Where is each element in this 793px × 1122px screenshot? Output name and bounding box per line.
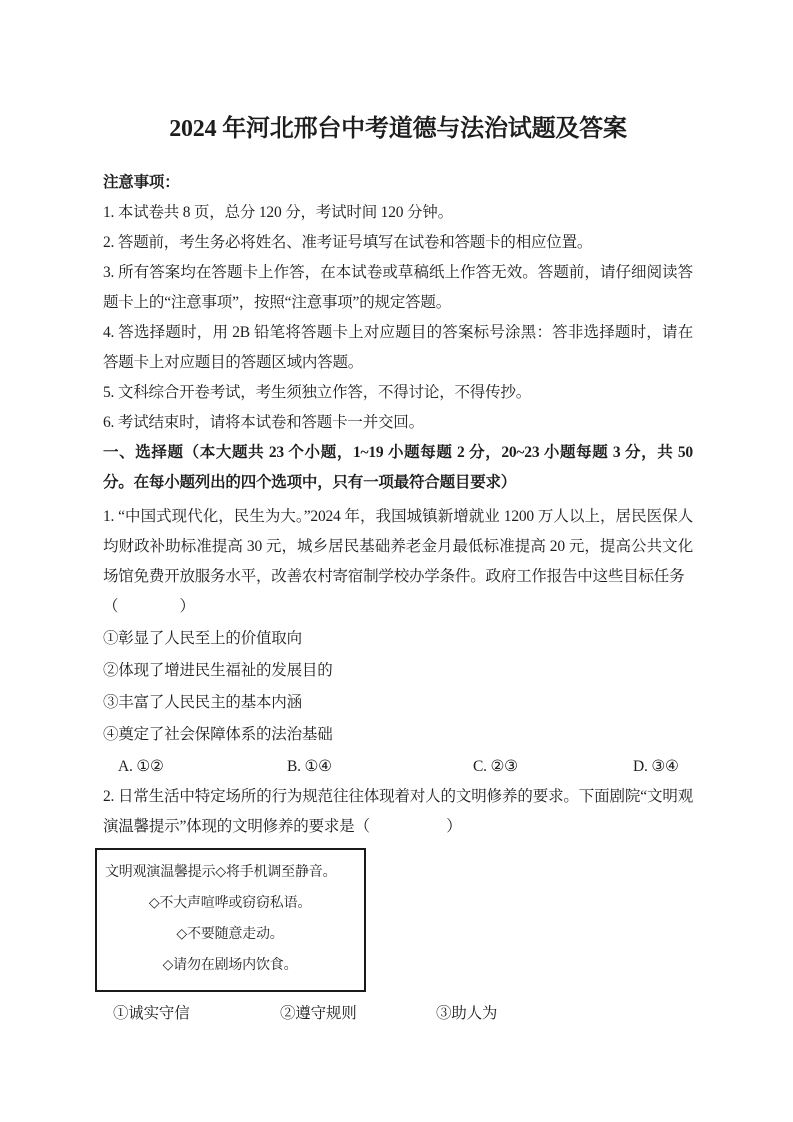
page-title: 2024 年河北邢台中考道德与法治试题及答案 xyxy=(103,112,693,146)
question-2-option-1: ①诚实守信 xyxy=(113,999,280,1029)
question-1-statement-2: ②体现了增进民生福祉的发展目的 xyxy=(103,656,693,686)
notice-item-5: 5. 文科综合开卷考试，考生须独立作答，不得讨论，不得传抄。 xyxy=(103,378,693,408)
question-1-statement-3: ③丰富了人民民主的基本内涵 xyxy=(103,688,693,718)
question-2-option-2: ②遵守规则 xyxy=(280,999,436,1029)
tip-line-3: ◇不要随意走动。 xyxy=(105,919,355,950)
tip-line-2: ◇不大声喧哗或窃窃私语。 xyxy=(105,888,355,919)
question-1-answer-blank: （ ） xyxy=(103,592,693,622)
question-1-choice-b: B. ①④ xyxy=(287,752,473,782)
question-2-option-3: ③助人为 xyxy=(436,999,497,1029)
exam-paper-page: 2024 年河北邢台中考道德与法治试题及答案 注意事项： 1. 本试卷共 8 页… xyxy=(0,0,693,1029)
tip-line-1: 文明观演温馨提示◇将手机调至静音。 xyxy=(105,857,355,888)
notice-item-6: 6. 考试结束时，请将本试卷和答题卡一并交回。 xyxy=(103,408,693,438)
notice-item-1: 1. 本试卷共 8 页，总分 120 分，考试时间 120 分钟。 xyxy=(103,198,693,228)
question-1-choice-a: A. ①② xyxy=(118,752,287,782)
question-1-stem: 1. “中国式现代化，民生为大。”2024 年，我国城镇新增就业 1200 万人… xyxy=(103,502,693,592)
section-heading: 一、选择题（本大题共 23 个小题，1~19 小题每题 2 分，20~23 小题… xyxy=(103,438,693,498)
question-1-choices-row: A. ①② B. ①④ C. ②③ D. ③④ xyxy=(103,752,693,782)
theater-tips-box: 文明观演温馨提示◇将手机调至静音。 ◇不大声喧哗或窃窃私语。 ◇不要随意走动。 … xyxy=(95,848,366,992)
notice-item-3: 3. 所有答案均在答题卡上作答，在本试卷或草稿纸上作答无效。答题前，请仔细阅读答… xyxy=(103,258,693,318)
question-1-choice-c: C. ②③ xyxy=(473,752,633,782)
question-2-options-row: ①诚实守信 ②遵守规则 ③助人为 xyxy=(103,999,693,1029)
notice-item-2: 2. 答题前，考生务必将姓名、准考证号填写在试卷和答题卡的相应位置。 xyxy=(103,228,693,258)
question-1-statement-1: ①彰显了人民至上的价值取向 xyxy=(103,624,693,654)
notice-item-4: 4. 答选择题时，用 2B 铅笔将答题卡上对应题目的答案标号涂黑：答非选择题时，… xyxy=(103,318,693,378)
question-1-statement-4: ④奠定了社会保障体系的法治基础 xyxy=(103,720,693,750)
notice-heading: 注意事项： xyxy=(103,168,693,198)
question-1-choice-d: D. ③④ xyxy=(633,752,679,782)
tip-line-4: ◇请勿在剧场内饮食。 xyxy=(105,950,355,981)
question-2-stem: 2. 日常生活中特定场所的行为规范往往体现着对人的文明修养的要求。下面剧院“文明… xyxy=(103,782,693,842)
